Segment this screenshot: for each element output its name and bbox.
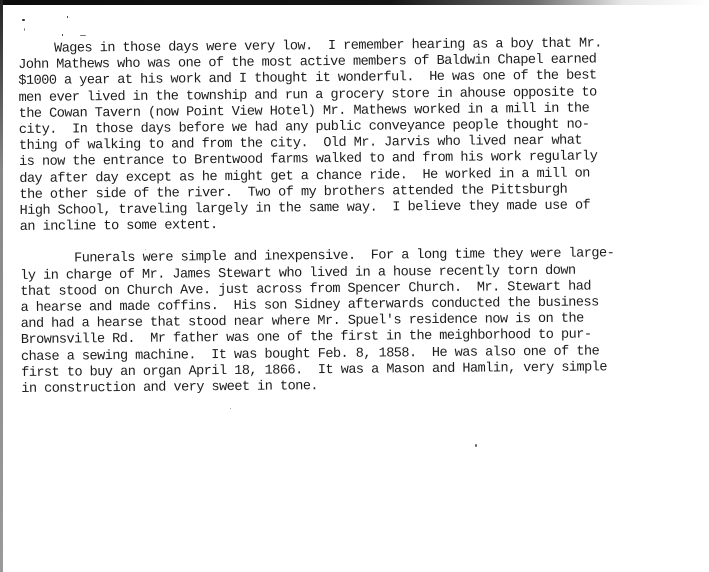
paragraph-funerals: Funerals were simple and inexpensive. Fo… (20, 246, 701, 398)
typed-document-page: Wages in those days were very low. I rem… (18, 35, 702, 414)
paragraph-wages: Wages in those days were very low. I rem… (18, 35, 700, 236)
